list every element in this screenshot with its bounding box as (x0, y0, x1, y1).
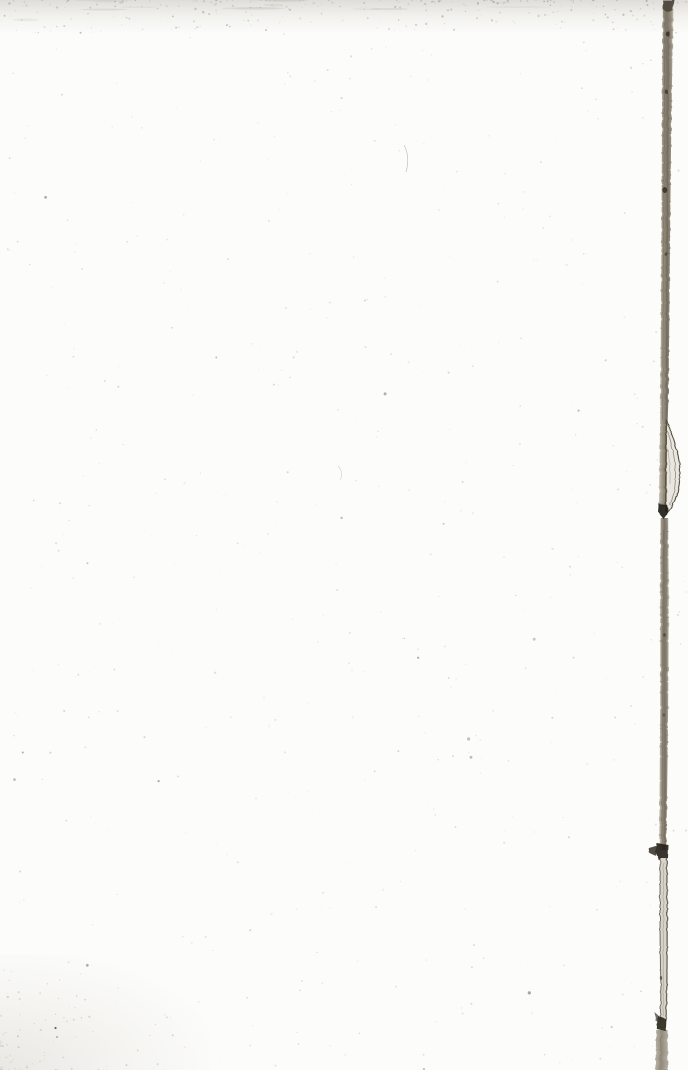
top-edge-shading (0, 0, 688, 34)
tear-flap-shadow-line (666, 420, 667, 512)
scanned-book-page (0, 0, 688, 1070)
binding-spot (662, 187, 667, 193)
binding-spot (663, 713, 665, 716)
bottom-left-corner-shading (0, 955, 210, 1070)
binding-top-cap (663, 0, 675, 12)
binding-spot (663, 633, 666, 637)
sliver-pinch-mark (660, 976, 662, 980)
dark-fleck (54, 1027, 56, 1029)
binding-spot (665, 90, 668, 94)
binding-spot (664, 252, 667, 256)
dark-fleck (56, 1036, 58, 1038)
page-scan (0, 0, 688, 1070)
paper-background (0, 0, 688, 1070)
binding-strip-foot (655, 1030, 668, 1070)
binding-spot (666, 31, 670, 36)
binding-sliver (660, 858, 668, 1020)
